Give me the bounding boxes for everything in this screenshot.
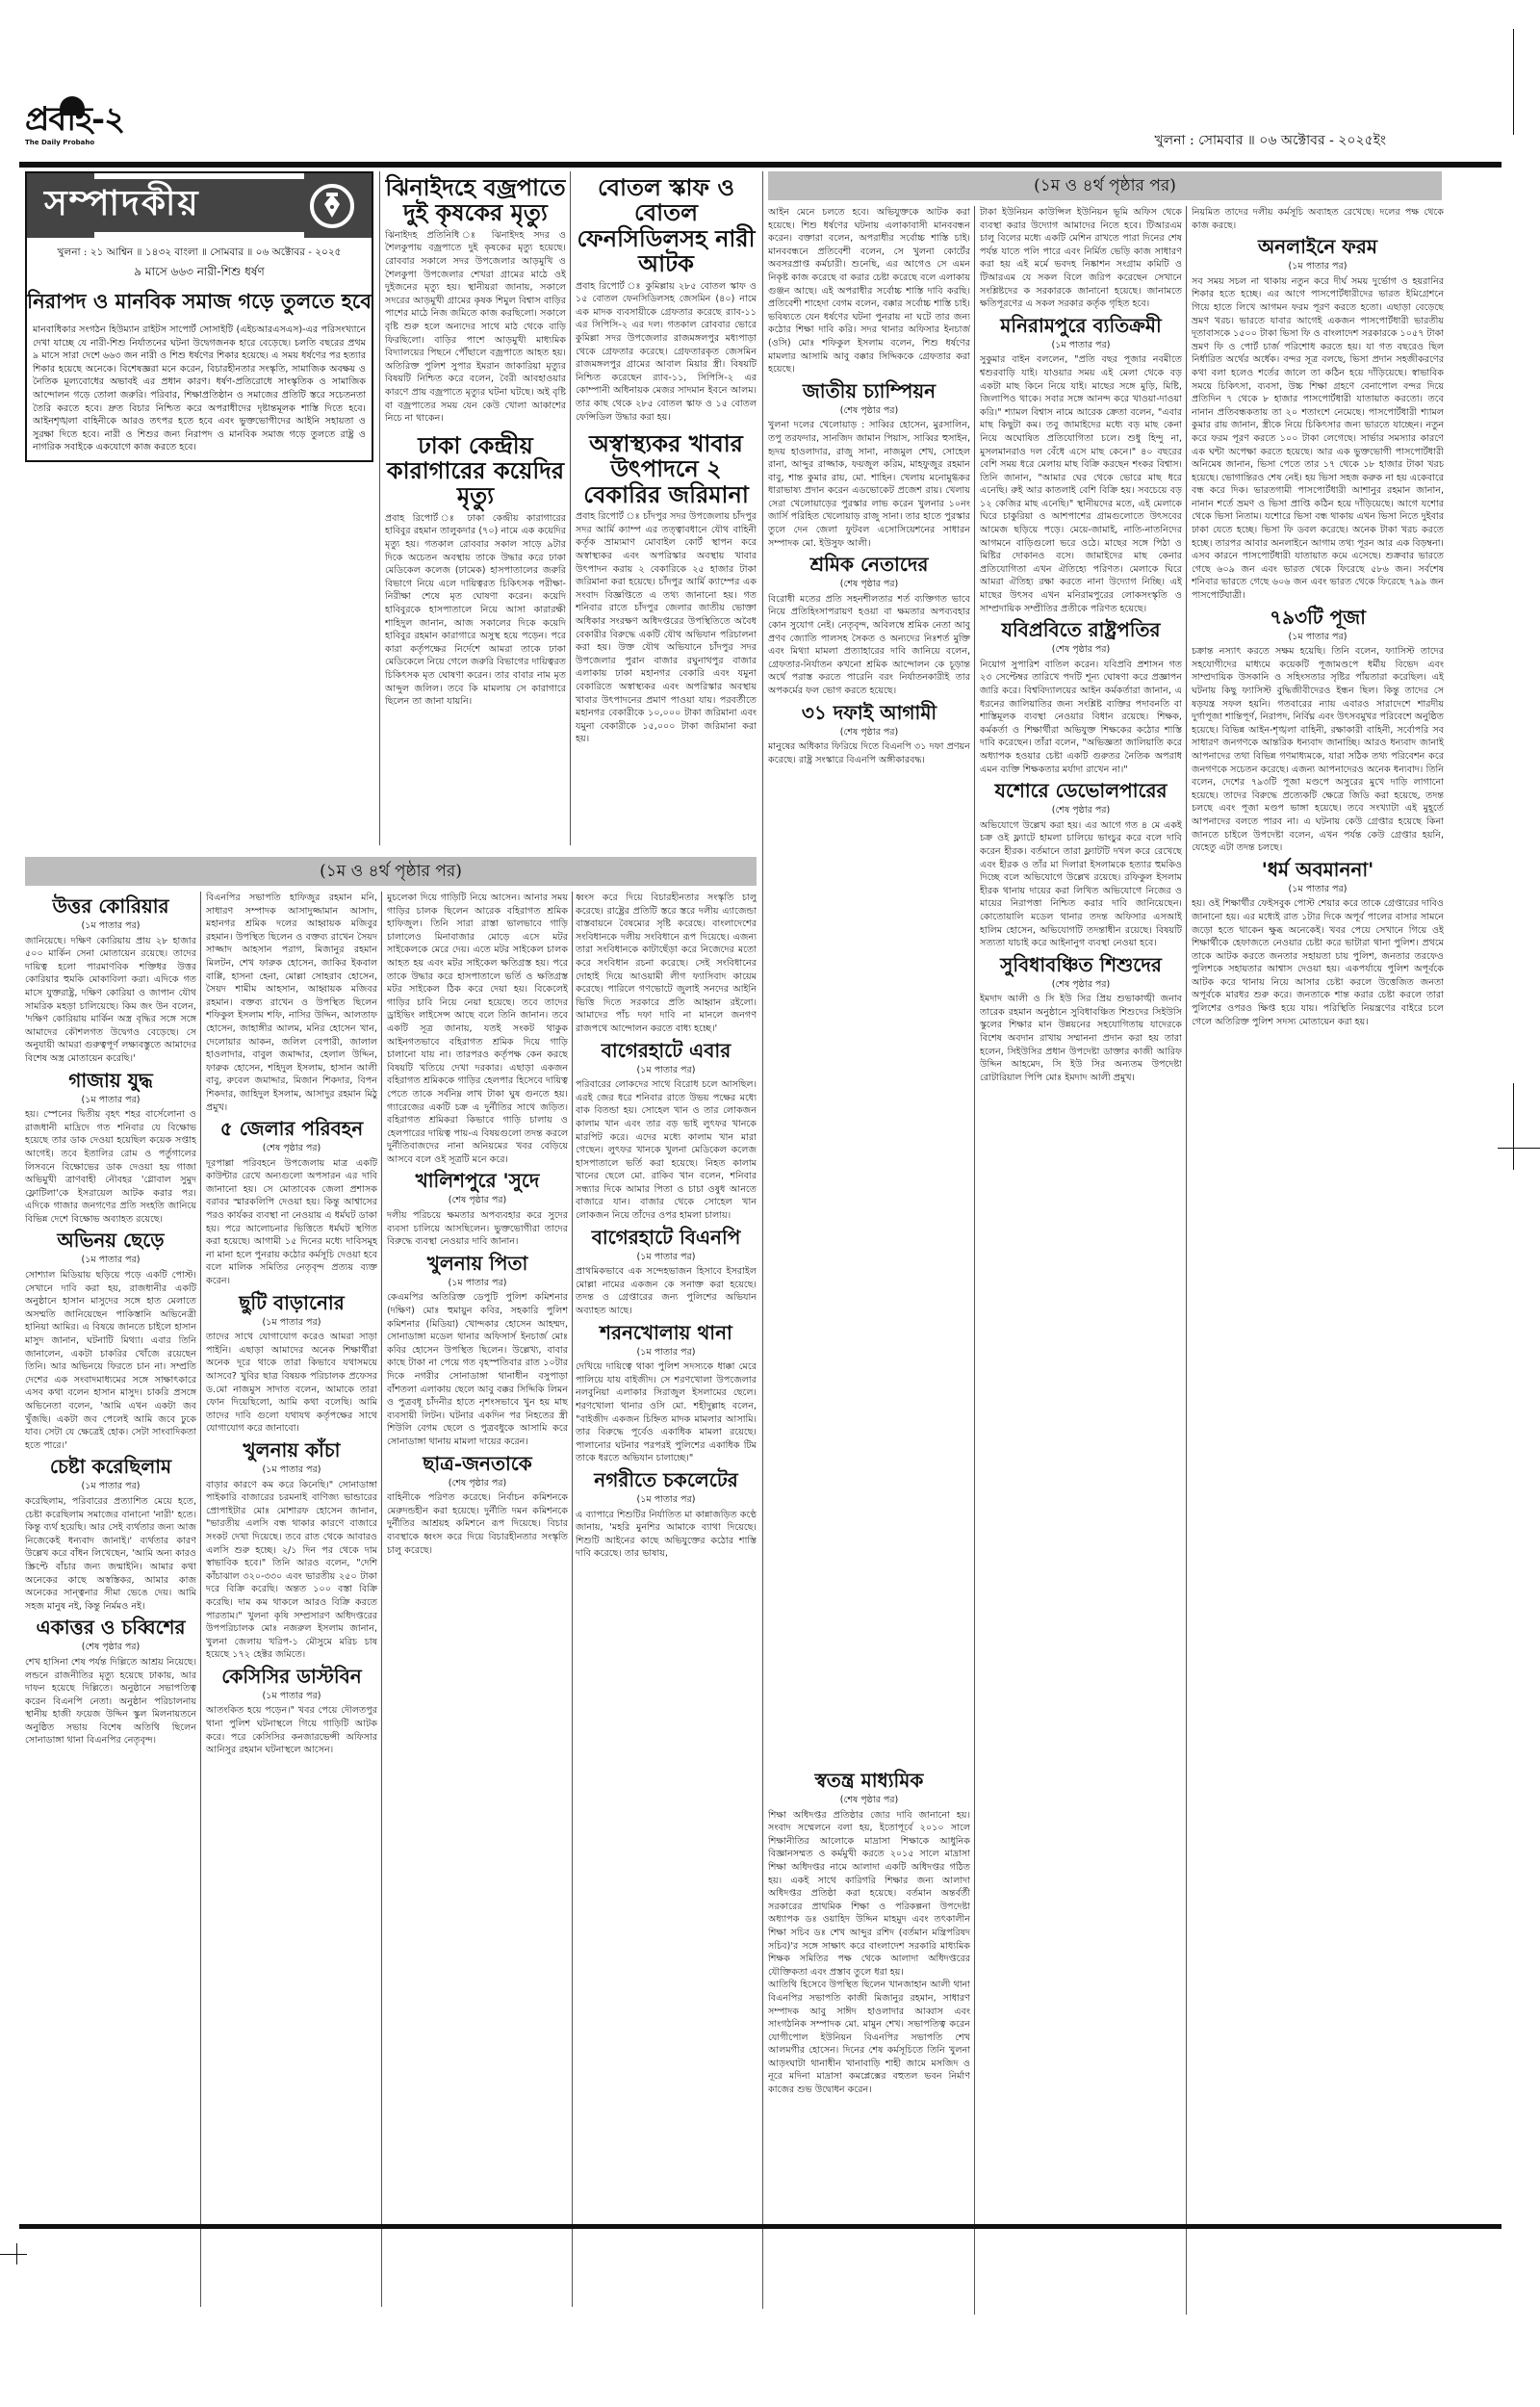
article-continuation: (১ম পাতার পর)	[1192, 883, 1444, 896]
logo-tagline: The Daily Probaho	[25, 139, 169, 146]
article-body: ইমদাদ আলী ও সি ইউ সির প্রিয় শুভাকাঙ্খী …	[980, 993, 1182, 1084]
article-body: হয়। স্পেনের দ্বিতীয় বৃহৎ শহর বার্সেলোন…	[25, 1108, 196, 1226]
article-body: আতংকিত হয়ে পড়েন।" খবর পেয়ে দৌলতপুর থা…	[206, 1704, 377, 1756]
article-headline: শরনখোলায় থানা	[576, 1322, 757, 1343]
article-headline: বোতল স্কাফ ও বোতল ফেনসিডিলসহ নারী আটক	[576, 175, 757, 277]
article-continuation: (শেষ পৃষ্ঠার পর)	[387, 1477, 568, 1490]
article-continuation: (১ম পাতার পর)	[206, 1316, 377, 1330]
article-continuation: (১ম পাতার পর)	[576, 1346, 757, 1359]
article-body: বিরোধী মতের প্রতি সহনশীলতার শর্ত ব্যক্তি…	[768, 593, 970, 698]
article-body: বিএনপির সভাপতি হাফিজুর রহমান মনি, সাধারণ…	[206, 892, 377, 1114]
article-body: অভিযোগে উল্লেখ করা হয়। এর আগে গত ৪ মে এ…	[980, 819, 1182, 950]
article-body: করেছিলাম, পরিবারের প্রত্যাশিত মেয়ে হতে,…	[25, 1495, 196, 1613]
article-continuation: (১ম পাতার পর)	[387, 1277, 568, 1290]
article-body: চক্রান্ত নস্যাৎ করতে সক্ষম হয়েছি। তিনি …	[1192, 645, 1444, 855]
article-body: ঝিনাইদহ প্রতিনিধি ঃ ঝিনাইদহ সদর ও শৈলকুপ…	[385, 229, 566, 426]
article-column-bottom-1: উত্তর কোরিয়ার (১ম পাতার পর) জানিয়েছে। …	[25, 892, 196, 2297]
column-divider	[570, 171, 571, 845]
article-column-top-3: বোতল স্কাফ ও বোতল ফেনসিডিলসহ নারী আটক প্…	[576, 171, 757, 768]
article-body: প্রাথমিকভাবে এক সন্দেহভাজন হিসাবে ইসরাইল…	[576, 1265, 757, 1317]
continuation-banner-middle: (১ম ও ৪র্থ পৃষ্ঠার পর)	[25, 857, 757, 886]
article-body: মানুষের অধিকার ফিরিয়ে দিতে বিএনপি ৩১ দফ…	[768, 740, 970, 766]
editorial-title: সম্পাদকীয়	[44, 177, 200, 235]
article-body: খুলনা দলের খেলোয়াড় : সাব্বির হোসেন, মু…	[768, 419, 970, 550]
article-body: আতিথি হিসেবে উপস্থিত ছিলেন খানজাহান আলী …	[768, 1979, 970, 2096]
article-body: শেখ হাসিনা শেষ পর্যন্ত দিল্লিতে আশ্রয় ন…	[25, 1656, 196, 1747]
crop-mark	[0, 2254, 27, 2255]
article-headline: অনলাইনে ফরম	[1192, 236, 1444, 257]
logo-dome-icon	[60, 96, 85, 116]
newspaper-logo: প্রবাহ-২ The Daily Probaho	[25, 100, 169, 158]
editorial-subhead: ৯ মাসে ৬৬৩ নারী-শিশু ধর্ষণ	[27, 264, 372, 283]
editorial-body: মানবাধিকার সংগঠন হিউম্যান রাইটস সাপোর্ট …	[27, 324, 372, 460]
article-column-top-4: আইন মেনে চলতে হবে। অভিযুক্তকে আটক করা হয…	[768, 206, 970, 1766]
editorial-date: খুলনা : ২১ আশ্বিন ॥ ১৪৩২ বাংলা ॥ সোমবার …	[27, 241, 372, 264]
article-column-top-2: ঝিনাইদহে বজ্রপাতে দুই কৃষকের মৃত্যু ঝিনা…	[385, 171, 566, 768]
article-headline: খুলনায় পিতা	[387, 1253, 568, 1274]
article-body: এ ব্যাপারে শিশুটির নির্যাতিত মা কান্নাজড…	[576, 1509, 757, 1561]
article-headline: একাত্তর ও চব্বিশের	[25, 1617, 196, 1638]
article-headline: চেষ্টা করেছিলাম	[25, 1456, 196, 1477]
article-headline: ছাত্র-জনতাকে	[387, 1453, 568, 1474]
page-dateline: খুলনা : সোমবার ॥ ০৬ অক্টোবর - ২০২৫ইং	[1154, 129, 1386, 152]
article-body: তাদের সাথে যোগাযোগ করেও আমরা সাড়া পাইনি…	[206, 1331, 377, 1436]
article-headline: বাগেরহাটে বিএনপি	[576, 1227, 757, 1248]
article-column-bottom-3: মুচলেকা দিয়ে গাড়িটি নিয়ে আসেন। আনার স…	[387, 892, 568, 2297]
article-headline: কেসিসির ডাস্টবিন	[206, 1666, 377, 1687]
article-headline: ছুটি বাড়ানোর	[206, 1292, 377, 1313]
column-divider	[762, 171, 763, 2309]
article-body: কেএমপির অতিরিক্ত ডেপুটি পুলিশ কমিশনার (দ…	[387, 1291, 568, 1448]
column-divider	[572, 892, 573, 2307]
logo-text: প্রবাহ-২	[25, 100, 169, 139]
article-continuation: (১ম পাতার পর)	[1192, 260, 1444, 273]
article-continuation: (শেষ পৃষ্ঠার পর)	[980, 978, 1182, 992]
article-headline: স্বতন্ত্র মাধ্যমিক	[768, 1770, 970, 1791]
article-headline: যশোরে ডেভোলপারের	[980, 780, 1182, 801]
article-continuation: (শেষ পৃষ্ঠার পর)	[980, 804, 1182, 817]
article-column-bottom-2: বিএনপির সভাপতি হাফিজুর রহমান মনি, সাধারণ…	[206, 892, 377, 2297]
continuation-banner-top: (১ম ও ৪র্থ পৃষ্ঠার পর)	[768, 171, 1442, 200]
article-continuation: (১ম পাতার পর)	[576, 1064, 757, 1077]
article-continuation: (১ম পাতার পর)	[1192, 631, 1444, 644]
article-body: প্রবাহ রিপোর্ট ঃ চাঁদপুর সদর উপজেলায় চা…	[576, 510, 757, 746]
article-body: সুকুমার বাইন বললেন, "প্রতি বছর পূজার নবম…	[980, 353, 1182, 615]
article-continuation: (১ম পাতার পর)	[576, 1493, 757, 1507]
article-body: নিয়োগ সুপারিশ বাতিল করেন। যবিপ্রবি প্রশ…	[980, 659, 1182, 776]
article-body: প্রবাহ রিপোর্ট ঃ ঢাকা কেন্দ্রীয় কারাগার…	[385, 512, 566, 709]
article-body: নিয়মিত তাদের দলীয় কর্মসূচি অব্যাহত রেখ…	[1192, 206, 1444, 232]
footer-rule	[19, 2224, 1501, 2229]
column-divider	[1186, 206, 1187, 2315]
article-continuation: (১ম পাতার পর)	[980, 339, 1182, 352]
article-continuation: (১ম পাতার পর)	[25, 919, 196, 933]
article-body: হয়। ওই শিক্ষার্থীর ফেইসবুক পোস্ট শেয়ার…	[1192, 897, 1444, 1028]
article-headline: সুবিধাবঞ্চিত শিশুদের	[980, 954, 1182, 975]
editorial-section: সম্পাদকীয় খুলনা : ২১ আশ্বিন ॥ ১৪৩২ বাংল…	[25, 171, 373, 462]
article-headline: গাজায় যুদ্ধ	[25, 1070, 196, 1091]
article-headline: নগরীতে চকলেটের	[576, 1469, 757, 1490]
masthead: প্রবাহ-২ The Daily Probaho খুলনা : সোমবা…	[19, 96, 1501, 162]
crop-mark	[1513, 1083, 1514, 1170]
article-continuation: (১ম পাতার পর)	[25, 1254, 196, 1267]
fountain-pen-icon	[310, 184, 354, 228]
page-content: সম্পাদকীয় খুলনা : ২১ আশ্বিন ॥ ১৪৩২ বাংল…	[19, 168, 1501, 2315]
article-headline: যবিপ্রবিতে রাষ্ট্রপতির	[980, 619, 1182, 640]
article-continuation: (শেষ পৃষ্ঠার পর)	[768, 578, 970, 591]
article-continuation: (১ম পাতার পর)	[206, 1463, 377, 1477]
article-body: বাহিনীকে পরিণত করেছে। নির্বাচন কমিশনকে ম…	[387, 1491, 568, 1557]
article-column-bottom-5: স্বতন্ত্র মাধ্যমিক (শেষ পৃষ্ঠার পর) শিক্…	[768, 1766, 970, 2315]
article-headline: ৩১ দফাই আগামী	[768, 702, 970, 723]
editorial-banner: সম্পাদকীয়	[27, 173, 372, 241]
article-continuation: (শেষ পৃষ্ঠার পর)	[768, 404, 970, 418]
article-continuation: (শেষ পৃষ্ঠার পর)	[25, 1641, 196, 1654]
article-headline: বাগেরহাটে এবার	[576, 1040, 757, 1061]
article-body: সোশ্যাল মিডিয়ায় ছড়িয়ে পড়ে একটি পোস্…	[25, 1269, 196, 1452]
article-continuation: (শেষ পৃষ্ঠার পর)	[387, 1194, 568, 1207]
article-body: ধ্বংস করে দিয়ে বিচারহীনতার সংস্কৃতি চাল…	[576, 892, 757, 1036]
article-column-top-5: টাকা ইউনিয়ন কাউন্সিল ইউনিয়ন ভূমি অফিস …	[980, 206, 1182, 2315]
column-divider	[200, 892, 201, 2307]
article-headline: উত্তর কোরিয়ার	[25, 895, 196, 917]
article-headline: ঢাকা কেন্দ্রীয় কারাগারের কয়েদির মৃত্যু	[385, 433, 566, 509]
column-divider	[379, 171, 380, 845]
article-headline: খালিশপুরে 'সুদে	[387, 1170, 568, 1191]
article-headline: 'ধর্ম অবমাননা'	[1192, 859, 1444, 880]
article-headline: জাতীয় চ্যাম্পিয়ন	[768, 380, 970, 401]
article-body: প্রবাহ রিপোর্ট ঃ কুমিল্লায় ২৮৫ বোতল স্ক…	[576, 280, 757, 425]
article-body: পরিবারের লোকদের সাথে বিরোধ চলে আসছিল। এর…	[576, 1078, 757, 1223]
article-body: দূরপাল্লা পরিবহনে উপজেলায় মাত্র একটি কা…	[206, 1157, 377, 1288]
article-body: শিক্ষা অধিদপ্তর প্রতিষ্ঠার জোর দাবি জানা…	[768, 1809, 970, 1980]
article-continuation: (১ম পাতার পর)	[25, 1480, 196, 1493]
article-headline: ঝিনাইদহে বজ্রপাতে দুই কৃষকের মৃত্যু	[385, 175, 566, 226]
article-body: দলীয় পরিচয়ে ক্ষমতার অপব্যবহার করে সুদে…	[387, 1209, 568, 1249]
article-continuation: (১ম পাতার পর)	[206, 1690, 377, 1703]
article-column-top-6: নিয়মিত তাদের দলীয় কর্মসূচি অব্যাহত রেখ…	[1192, 206, 1444, 2315]
article-headline: ৫ জেলার পরিবহন	[206, 1118, 377, 1139]
article-headline: ৭৯৩টি পূজা	[1192, 607, 1444, 628]
article-continuation: (শেষ পৃষ্ঠার পর)	[768, 726, 970, 739]
editorial-headline: নিরাপদ ও মানবিক সমাজ গড়ে তুলতে হবে	[27, 286, 372, 320]
article-body: সব সময় সচল না থাকায় নতুন করে দীর্ঘ সময…	[1192, 275, 1444, 603]
article-body: আইন মেনে চলতে হবে। অভিযুক্তকে আটক করা হয…	[768, 206, 970, 376]
article-headline: খুলনায় কাঁচা	[206, 1439, 377, 1461]
article-body: টাকা ইউনিয়ন কাউন্সিল ইউনিয়ন ভূমি অফিস …	[980, 206, 1182, 311]
crop-mark	[1513, 29, 1514, 135]
article-body: মুচলেকা দিয়ে গাড়িটি নিয়ে আসেন। আনার স…	[387, 892, 568, 1166]
crop-mark	[1498, 1148, 1540, 1149]
article-body: বাড়ার কারণে কম করে কিনেছি।" সোনাডাঙ্গা …	[206, 1479, 377, 1662]
article-headline: মনিরামপুরে ব্যতিক্রমী	[980, 315, 1182, 336]
article-continuation: (১ম পাতার পর)	[576, 1251, 757, 1264]
article-continuation: (শেষ পৃষ্ঠার পর)	[206, 1142, 377, 1155]
article-headline: অভিনয় ছেড়ে	[25, 1229, 196, 1251]
column-divider	[974, 206, 975, 2315]
article-headline: শ্রমিক নেতাদের	[768, 554, 970, 575]
article-continuation: (শেষ পৃষ্ঠার পর)	[980, 643, 1182, 657]
article-body: জানিয়েছে। দক্ষিণ কোরিয়ায় প্রায় ২৮ হা…	[25, 935, 196, 1066]
column-divider	[381, 892, 382, 2307]
article-continuation: (শেষ পৃষ্ঠার পর)	[768, 1794, 970, 1807]
article-continuation: (১ম পাতার পর)	[25, 1094, 196, 1107]
article-body: দেখিয়ে দায়িত্বে থাকা পুলিশ সদস্যকে ধাক…	[576, 1360, 757, 1465]
article-headline: অস্বাস্থ্যকর খাবার উৎপাদনে ২ বেকারির জরি…	[576, 431, 757, 507]
newspaper-page: প্রবাহ-২ The Daily Probaho খুলনা : সোমবা…	[19, 96, 1501, 2315]
article-column-bottom-4: ধ্বংস করে দিয়ে বিচারহীনতার সংস্কৃতি চাল…	[576, 892, 757, 2297]
